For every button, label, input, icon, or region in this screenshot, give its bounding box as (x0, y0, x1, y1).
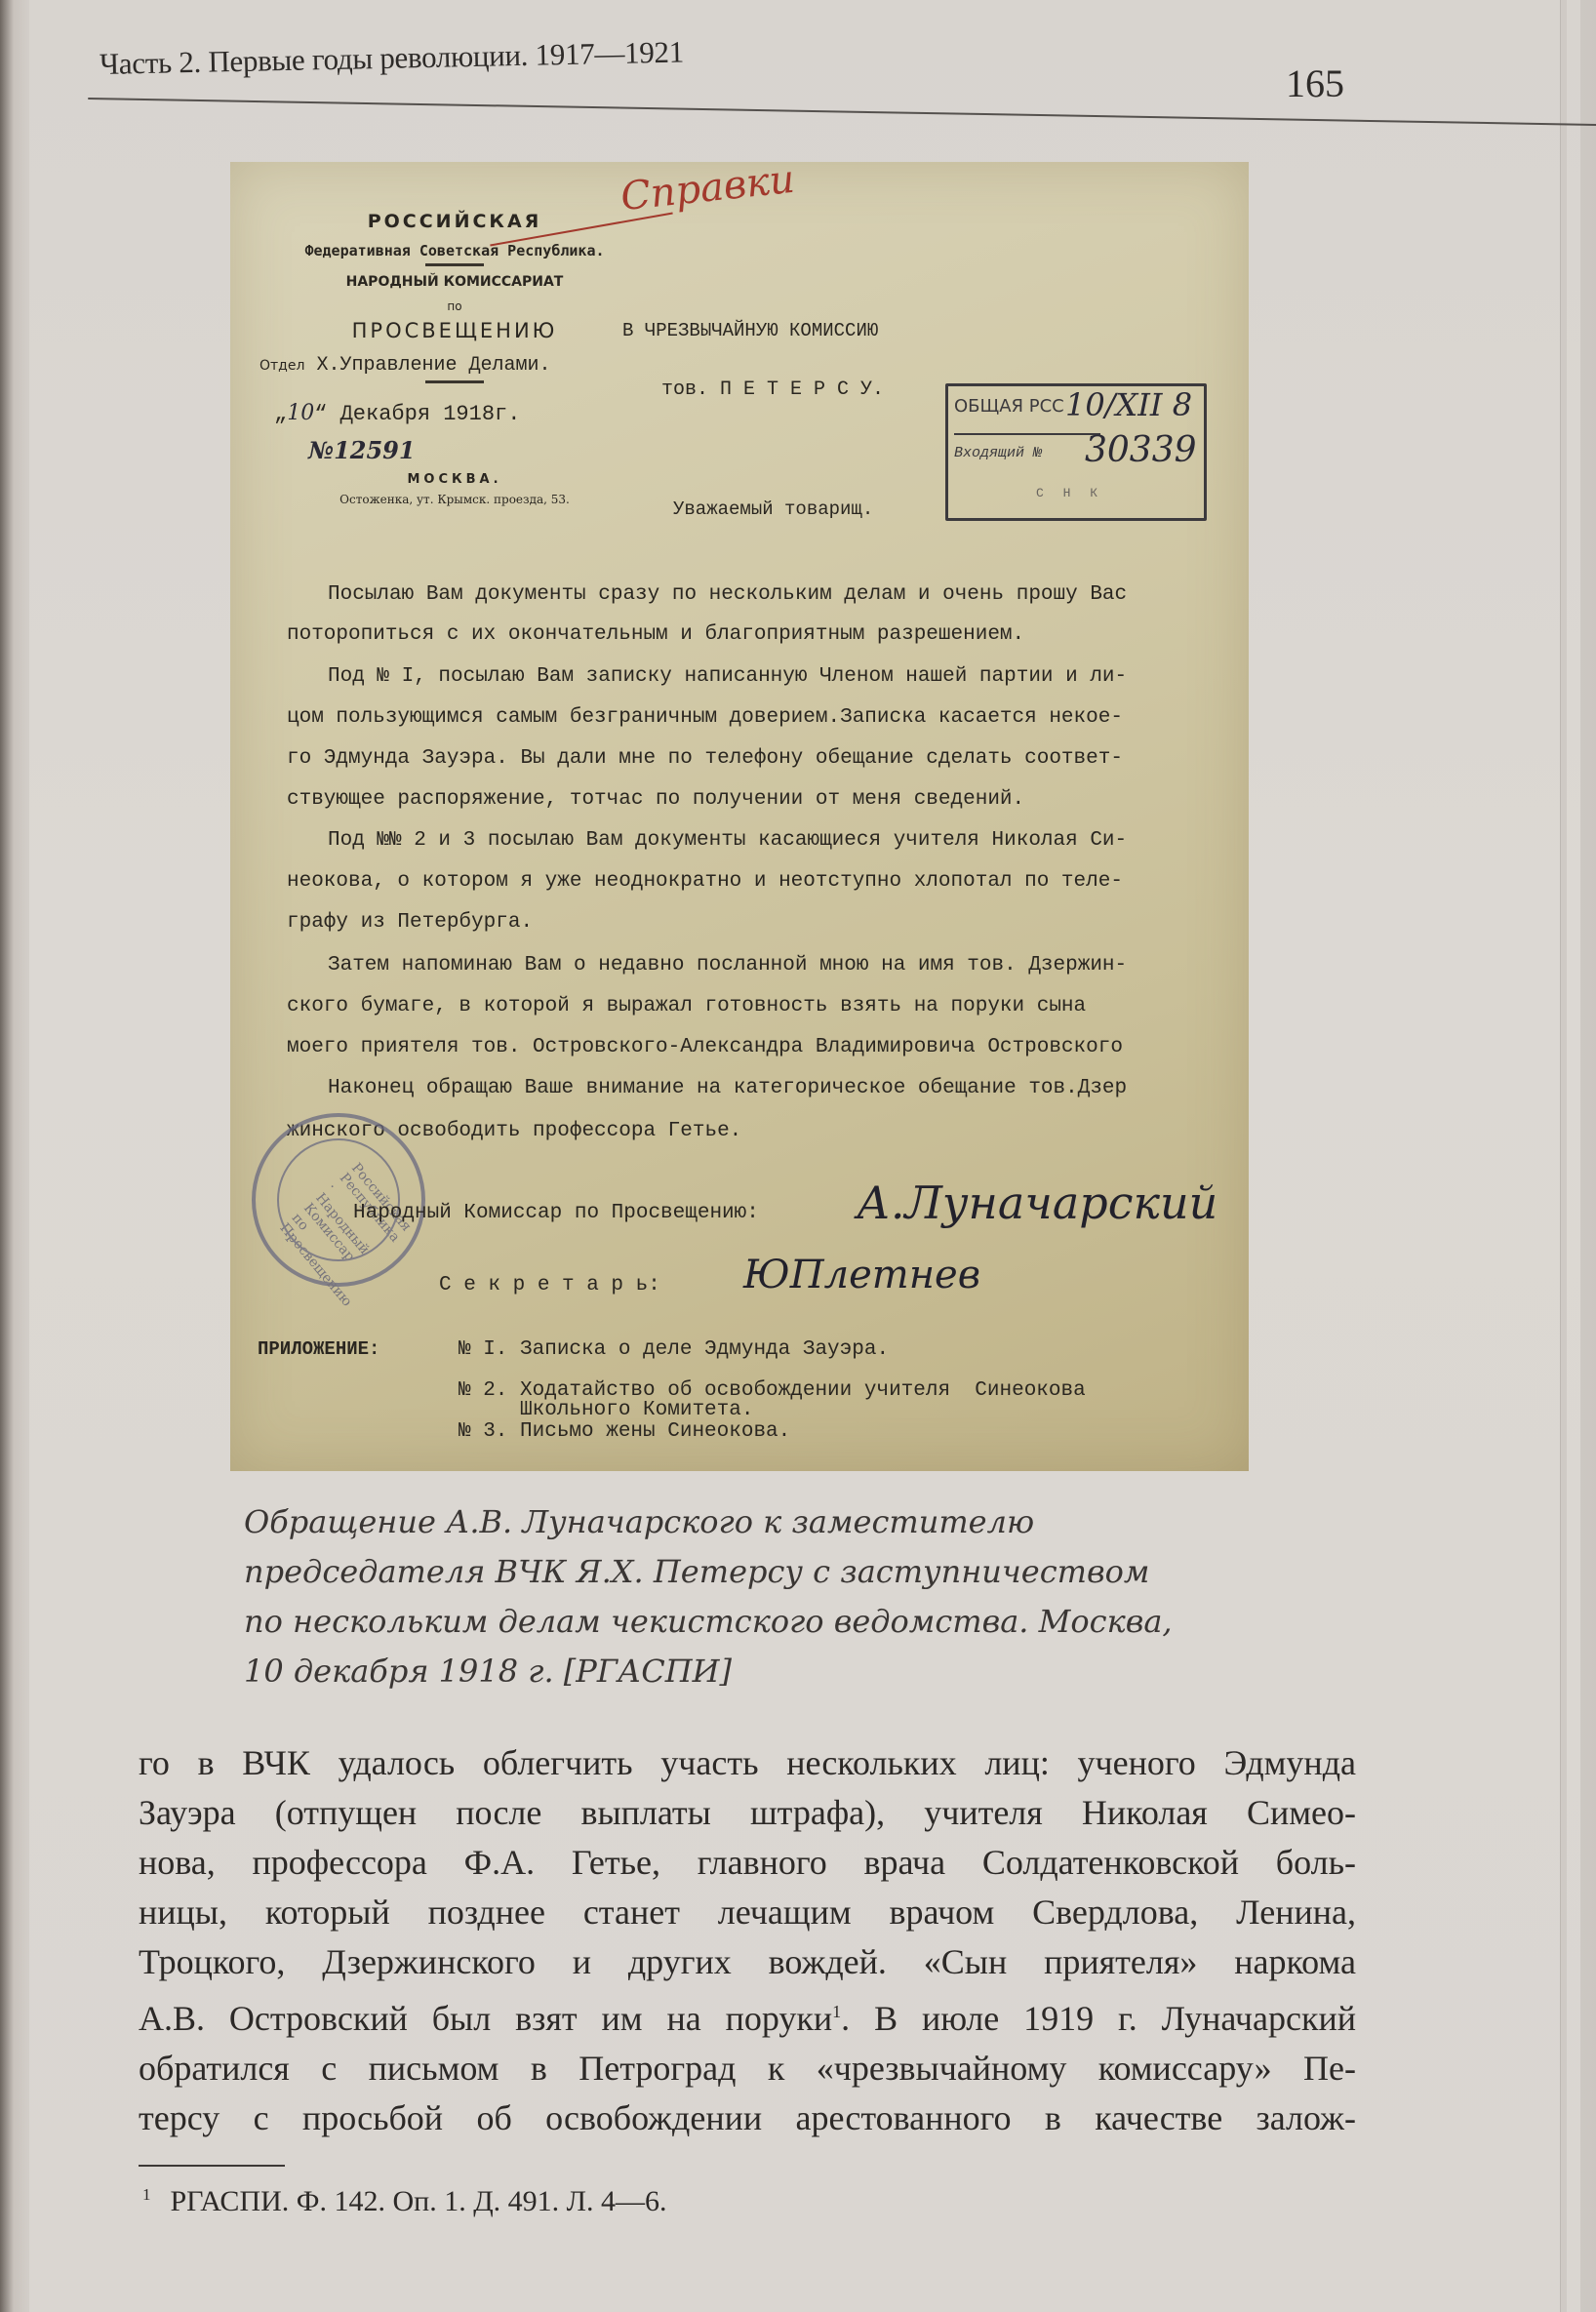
running-head: Часть 2. Первые годы революции. 1917—192… (100, 34, 685, 82)
body-text: го в ВЧК удалось облегчить участь нескол… (139, 1738, 1356, 2143)
letter-line: неокова, о котором я уже неоднократно и … (287, 870, 1123, 893)
official-round-seal: Российская Республика · Народный Комисса… (252, 1113, 425, 1287)
letter-line: ствующее распоряжение, тотчас по получен… (287, 788, 1024, 811)
book-page: Часть 2. Первые годы революции. 1917—192… (29, 0, 1580, 2312)
caption-line: председателя ВЧК Я.Х. Петерсу с заступни… (244, 1547, 1219, 1597)
caption-line: Обращение А.В. Луначарского к заместител… (244, 1497, 1219, 1547)
body-line: Троцкого, Дзержинского и других вождей. … (139, 1937, 1356, 1987)
lunacharsky-signature: А.Луначарский (857, 1176, 1217, 1229)
page-edge (1560, 0, 1567, 2312)
addressee-line-1: В ЧРЕЗВЫЧАЙНУЮ КОМИССИЮ (622, 320, 878, 341)
stamp-rule (954, 433, 1100, 435)
body-line: ницы, который позднее станет лечащим вра… (139, 1888, 1356, 1937)
letter-line: Посылаю Вам документы сразу по нескольки… (328, 583, 1127, 606)
letter-line: ского бумаге, в которой я выражал готовн… (287, 995, 1086, 1017)
body-line-with-footnote: А.В. Островский был взят им на поруки1. … (139, 1987, 1356, 2044)
letterhead-rule-2 (425, 380, 484, 383)
caption-line: по нескольким делам чекистского ведомств… (244, 1597, 1219, 1647)
date-rest: Декабря 1918г. (340, 402, 521, 426)
attachment-item: Школьного Комитета. (459, 1399, 753, 1421)
letterhead-line-3: НАРОДНЫЙ КОМИССАРИАТ (250, 274, 659, 290)
body-text-segment: А.В. Островский был взят им на поруки (139, 1999, 832, 2038)
letterhead-rule (425, 263, 484, 266)
letterhead-line-5: ПРОСВЕЩЕНИЮ (250, 319, 659, 342)
department-value: Х.Управление Делами. (316, 354, 550, 377)
outgoing-number: №12591 (250, 436, 659, 464)
letterhead: РОССИЙСКАЯ Федеративная Советская Респуб… (250, 211, 659, 506)
letterhead-department: Отдел Х.Управление Делами. (250, 354, 659, 377)
secretary-label: С е к р е т а р ь: (439, 1274, 660, 1296)
attachments-label: ПРИЛОЖЕНИЕ: (258, 1338, 379, 1360)
header-rule (88, 98, 1596, 126)
archival-document-photo: Справки РОССИЙСКАЯ Федеративная Советска… (230, 162, 1249, 1471)
body-line: нова, профессора Ф.А. Гетье, главного вр… (139, 1838, 1356, 1888)
attachment-item: № I. Записка о деле Эдмунда Зауэра. (459, 1338, 889, 1361)
letterhead-date: „10“ Декабря 1918г. (250, 401, 659, 426)
letterhead-city: МОСКВА. (250, 472, 659, 487)
letter-line: Под №№ 2 и 3 посылаю Вам документы касаю… (328, 829, 1127, 852)
footnote: 1РГАСПИ. Ф. 142. Оп. 1. Д. 491. Л. 4—6. (142, 2185, 667, 2218)
body-line: го в ВЧК удалось облегчить участь нескол… (139, 1738, 1356, 1788)
commissar-label: Народный Комиссар по Просвещению: (353, 1202, 759, 1224)
letter-line: Наконец обращаю Ваше внимание на категор… (328, 1077, 1127, 1099)
footnote-reference[interactable]: 1 (832, 2002, 841, 2021)
page-number: 165 (1286, 60, 1344, 106)
letter-line: го Эдмунда Зауэра. Вы дали мне по телефо… (287, 747, 1123, 770)
greeting: Уважаемый товарищ. (673, 498, 873, 520)
body-text-segment: . В июле 1919 г. Луначарский (841, 1999, 1356, 2038)
letter-line: цом пользующимся самым безграничным дове… (287, 706, 1123, 729)
addressee-line-2: тов. П Е Т Е Р С У. (661, 379, 884, 401)
caption-line: 10 декабря 1918 г. [РГАСПИ] (244, 1647, 1219, 1696)
date-day: 10 (287, 401, 314, 425)
footnote-marker: 1 (142, 2185, 151, 2204)
letterhead-line-2: Федеративная Советская Республика. (250, 242, 659, 259)
stamp-title: ОБЩАЯ РСС (954, 396, 1064, 417)
body-line: обратился с письмом в Петроград к «чрезв… (139, 2044, 1356, 2093)
letterhead-line-4: по (250, 299, 659, 313)
department-label: Отдел (259, 358, 304, 374)
figure-caption: Обращение А.В. Луначарского к заместител… (244, 1497, 1219, 1696)
stamp-footer: С Н К (1036, 486, 1103, 500)
footnote-text: РГАСПИ. Ф. 142. Оп. 1. Д. 491. Л. 4—6. (171, 2185, 667, 2217)
attachment-item: № 3. Письмо жены Синеокова. (459, 1420, 790, 1443)
secretary-signature: ЮПлетнев (743, 1253, 980, 1297)
letter-line: Под № I, посылаю Вам записку написанную … (328, 665, 1127, 688)
seal-text: Российская Республика · Народный Комисса… (276, 1160, 410, 1290)
footnote-rule (139, 2165, 285, 2167)
incoming-registration-stamp: ОБЩАЯ РСС 10/XII 8 Входящий № 30339 С Н … (945, 383, 1207, 521)
letterhead-address: Остоженка, ут. Крымск. проезда, 53. (250, 493, 659, 506)
stamp-handwritten-date: 10/XII 8 (1065, 386, 1192, 423)
letter-line: графу из Петербурга. (287, 911, 533, 934)
stamp-handwritten-number: 30339 (1085, 430, 1197, 470)
letter-line: моего приятеля тов. Островского-Александ… (287, 1036, 1123, 1058)
stamp-label: Входящий № (954, 445, 1042, 461)
body-line: терсу с просьбой об освобождении арестов… (139, 2093, 1356, 2143)
letter-line: поторопиться с их окончательным и благоп… (287, 623, 1024, 646)
letterhead-line-1: РОССИЙСКАЯ (250, 211, 659, 232)
letter-line: Затем напоминаю Вам о недавно посланной … (328, 954, 1127, 977)
body-line: Зауэра (отпущен после выплаты штрафа), у… (139, 1788, 1356, 1838)
